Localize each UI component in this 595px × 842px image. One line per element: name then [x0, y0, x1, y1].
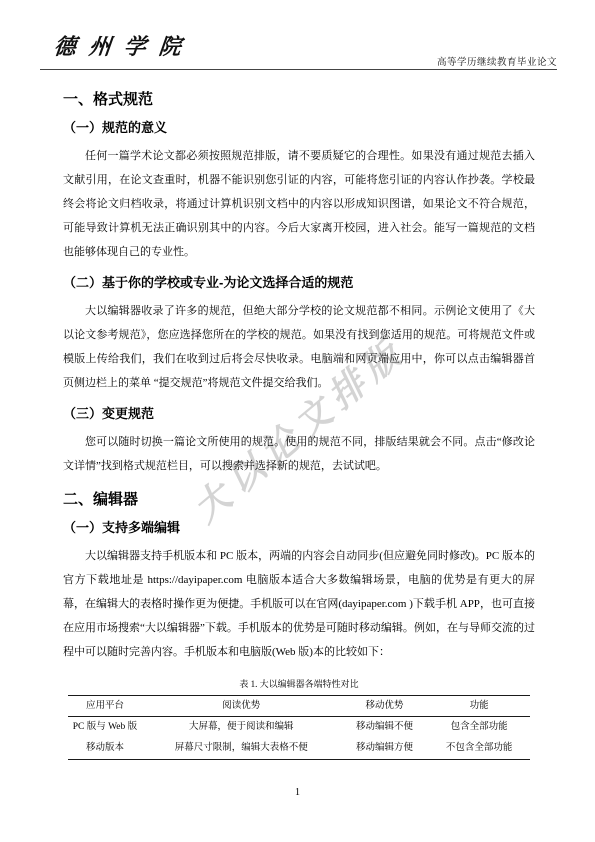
table-header-row: 应用平台 阅读优势 移动优势 功能 — [68, 696, 530, 717]
page-number: 1 — [0, 787, 595, 798]
cell-mobility: 移动编辑不便 — [341, 717, 429, 739]
cell-features: 包含全部功能 — [428, 717, 530, 739]
cell-reading: 屏幕尺寸限制，编辑大表格不便 — [142, 738, 341, 760]
table-row: 移动版本 屏幕尺寸限制，编辑大表格不便 移动编辑方便 不包含全部功能 — [68, 738, 530, 760]
col-header-mobility: 移动优势 — [341, 696, 429, 717]
sub-heading-2-1: （一）支持多端编辑 — [63, 519, 535, 536]
body-paragraph-2: 大以编辑器收录了许多的规范，但绝大部分学校的论文规范都不相同。示例论文使用了《大… — [63, 299, 535, 395]
table-caption: 表 1. 大以编辑器各端特性对比 — [63, 678, 535, 690]
university-logo: 德州学院 — [52, 30, 195, 61]
body-paragraph-4: 大以编辑器支持手机版本和 PC 版本，两端的内容会自动同步(但应避免同时修改)。… — [63, 544, 535, 664]
cell-features: 不包含全部功能 — [428, 738, 530, 760]
sub-heading-1-2: （二）基于你的学校或专业-为论文选择合适的规范 — [63, 274, 535, 291]
body-paragraph-3: 您可以随时切换一篇论文所使用的规范。使用的规范不同，排版结果就会不同。点击“修改… — [63, 430, 535, 478]
document-body: 一、格式规范 （一）规范的意义 任何一篇学术论文都必须按照规范排版，请不要质疑它… — [63, 90, 535, 760]
body-paragraph-1: 任何一篇学术论文都必须按照规范排版，请不要质疑它的合理性。如果没有通过规范去插入… — [63, 144, 535, 264]
section-heading-2: 二、编辑器 — [63, 490, 535, 509]
header-divider — [40, 69, 557, 70]
col-header-features: 功能 — [428, 696, 530, 717]
cell-platform: PC 版与 Web 版 — [68, 717, 142, 739]
col-header-platform: 应用平台 — [68, 696, 142, 717]
document-page: 德州学院 高等学历继续教育毕业论文 大以论文排版 一、格式规范 （一）规范的意义… — [0, 0, 595, 842]
cell-platform: 移动版本 — [68, 738, 142, 760]
table-row: PC 版与 Web 版 大屏幕，便于阅读和编辑 移动编辑不便 包含全部功能 — [68, 717, 530, 739]
sub-heading-1-3: （三）变更规范 — [63, 405, 535, 422]
comparison-table: 应用平台 阅读优势 移动优势 功能 PC 版与 Web 版 大屏幕，便于阅读和编… — [68, 695, 530, 760]
comparison-table-section: 表 1. 大以编辑器各端特性对比 应用平台 阅读优势 移动优势 功能 PC 版与… — [63, 678, 535, 760]
col-header-reading: 阅读优势 — [142, 696, 341, 717]
cell-reading: 大屏幕，便于阅读和编辑 — [142, 717, 341, 739]
cell-mobility: 移动编辑方便 — [341, 738, 429, 760]
section-heading-1: 一、格式规范 — [63, 90, 535, 109]
sub-heading-1-1: （一）规范的意义 — [63, 119, 535, 136]
running-head-text: 高等学历继续教育毕业论文 — [437, 54, 557, 68]
